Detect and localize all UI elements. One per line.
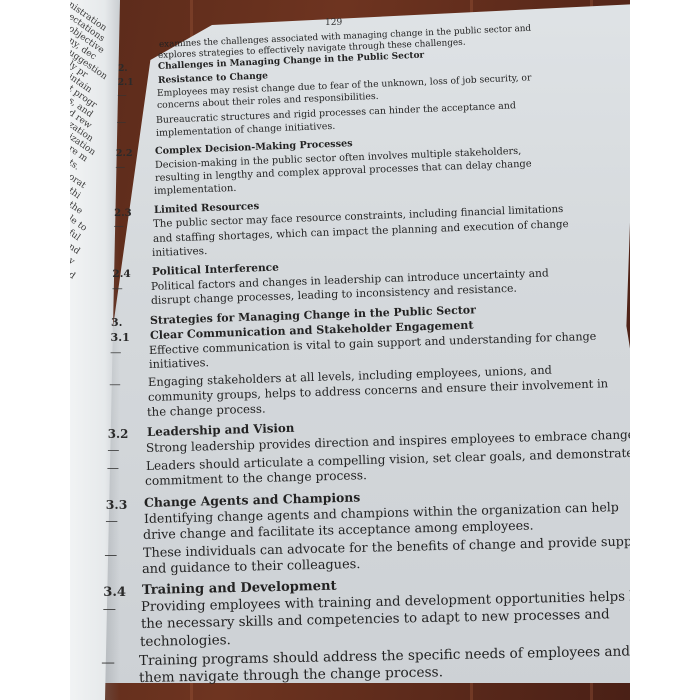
subsection-number: 3.2: [108, 427, 129, 441]
body-text-line: technologies.: [140, 632, 231, 650]
section-number: 3.: [111, 316, 122, 329]
bullet-dash: —: [104, 548, 117, 563]
page-content: 129 examines the challenges associated w…: [70, 0, 630, 700]
body-text-line: initiatives.: [149, 356, 209, 371]
subsection-number: 3.1: [111, 331, 130, 344]
bullet-dash: —: [103, 602, 116, 617]
bullet-dash: —: [107, 443, 119, 457]
bullet-dash: —: [112, 282, 123, 295]
bullet-dash: —: [109, 377, 120, 391]
subsection-number: 2.2: [116, 148, 133, 159]
bullet-dash: —: [105, 513, 118, 528]
subsection-number: 2.4: [112, 268, 130, 280]
subsection-number: 3.3: [106, 497, 128, 512]
section-number: 2.: [118, 64, 127, 74]
bullet-dash: —: [114, 221, 124, 232]
bullet-dash: —: [117, 117, 126, 128]
bullet-dash: —: [117, 90, 126, 101]
page-number: 129: [325, 18, 342, 28]
body-text-line: the change process.: [147, 402, 266, 419]
subsection-heading: Limited Resources: [153, 201, 259, 216]
subsection-heading: Political Interference: [151, 261, 278, 277]
subsection-number: 2.3: [114, 207, 132, 219]
bullet-dash: —: [115, 162, 125, 173]
subsection-heading: Training and Development: [141, 579, 336, 598]
subsection-number: 2.1: [118, 77, 134, 88]
subsection-number: 3.4: [103, 585, 126, 600]
bullet-dash: —: [107, 461, 119, 475]
bullet-dash: —: [110, 346, 121, 359]
book-photo: nistrationectationsobjectiveny, decugges…: [70, 0, 630, 700]
body-text-line: implementation.: [154, 183, 237, 197]
body-text-line: initiatives.: [152, 245, 208, 259]
bullet-dash: —: [101, 655, 115, 671]
